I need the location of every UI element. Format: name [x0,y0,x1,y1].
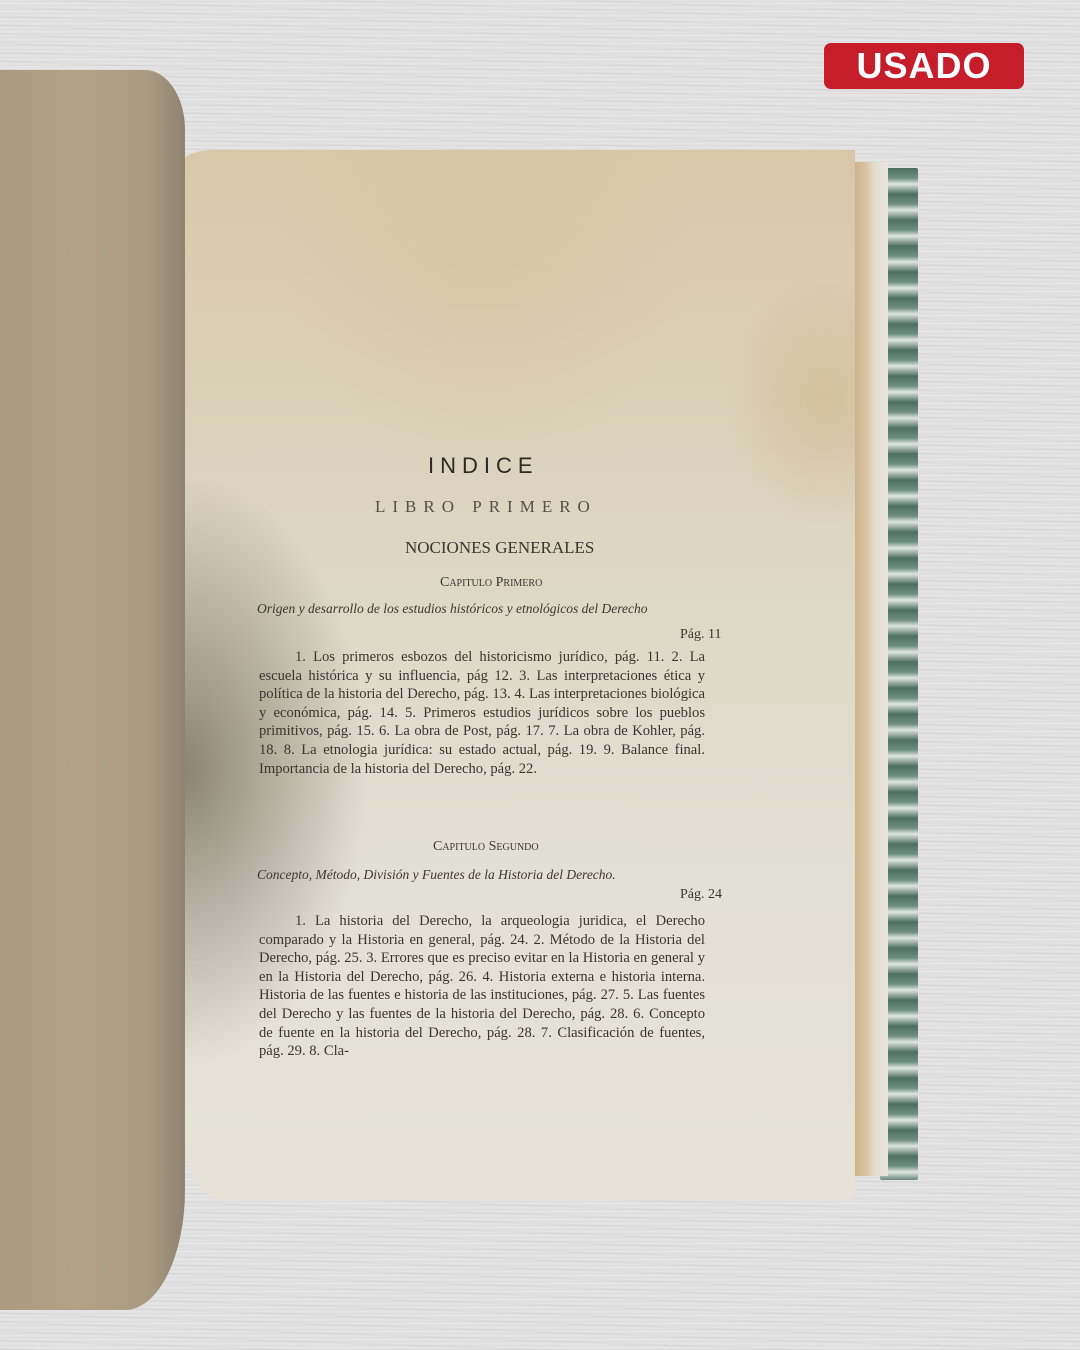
chapter-2-page: Pág. 24 [680,887,722,903]
book-heading: LIBRO PRIMERO [375,497,597,517]
chapter-2-title: Concepto, Método, División y Fuentes de … [257,866,667,883]
chapter-1-title: Origen y desarrollo de los estudios hist… [257,600,667,617]
used-badge: USADO [824,43,1024,89]
left-page [0,70,185,1310]
chapter-1-page: Pág. 11 [680,627,721,643]
index-page: INDICE LIBRO PRIMERO NOCIONES GENERALES … [185,150,855,1200]
section-heading: NOCIONES GENERALES [405,538,594,558]
chapter-2-heading: Capitulo Segundo [433,839,539,855]
chapter-2-summary: 1. La historia del Derecho, la arqueolog… [259,912,705,1061]
chapter-1-heading: Capitulo Primero [440,575,542,591]
page-title: INDICE [428,453,539,479]
chapter-1-summary: 1. Los primeros esbozos del historicismo… [259,648,705,778]
